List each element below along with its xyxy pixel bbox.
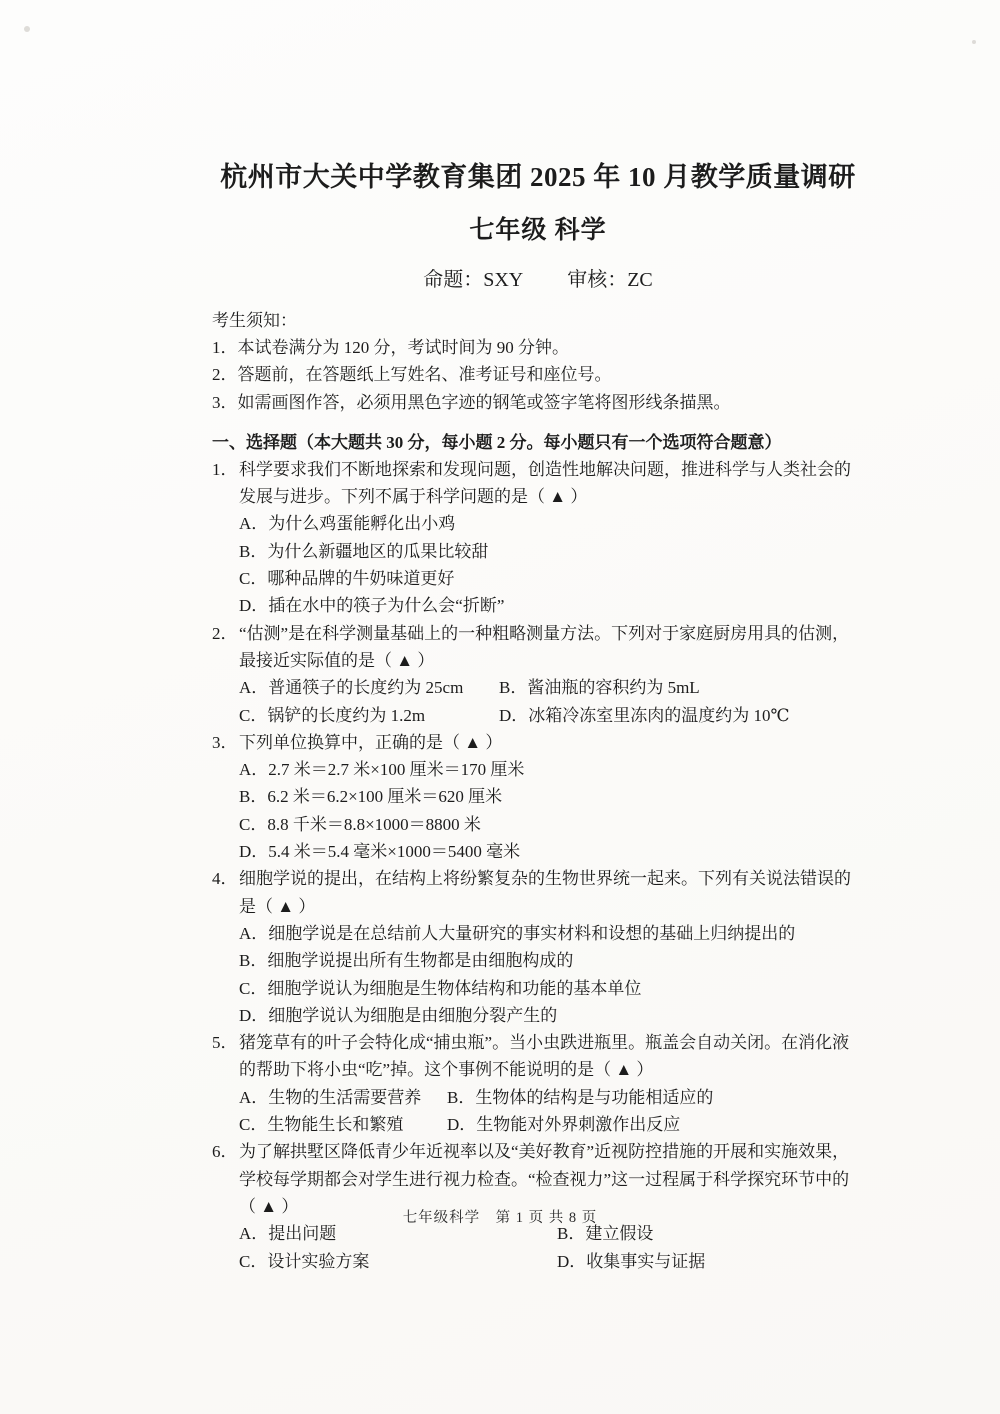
question-body: 下列单位换算中，正确的是（ ▲ ） A．2.7 米＝2.7 米×100 厘米＝1… <box>239 729 864 865</box>
option: C．生物能生长和繁殖 <box>239 1111 447 1138</box>
option: D．冰箱冷冻室里冻肉的温度约为 10℃ <box>499 702 864 729</box>
question-number: 6． <box>212 1138 239 1274</box>
question-body: “估测”是在科学测量基础上的一种粗略测量方法。下列对于家庭厨房用具的估测，最接近… <box>239 620 864 729</box>
page-content: 杭州市大关中学教育集团 2025 年 10 月教学质量调研 七年级 科学 命题：… <box>212 160 864 1275</box>
question-number: 1． <box>212 456 239 620</box>
option: B．为什么新疆地区的瓜果比较甜 <box>239 538 864 565</box>
notice-heading: 考生须知： <box>212 307 864 334</box>
question: 1． 科学要求我们不断地探索和发现问题，创造性地解决问题，推进科学与人类社会的发… <box>212 456 864 620</box>
option: D．细胞学说认为细胞是由细胞分裂产生的 <box>239 1002 864 1029</box>
question: 4． 细胞学说的提出，在结构上将纷繁复杂的生物世界统一起来。下列有关说法错误的是… <box>212 865 864 1029</box>
option: A．为什么鸡蛋能孵化出小鸡 <box>239 510 864 537</box>
question-body: 细胞学说的提出，在结构上将纷繁复杂的生物世界统一起来。下列有关说法错误的是（ ▲… <box>239 865 864 1029</box>
question-options: A．提出问题 B．建立假设 C．设计实验方案 D．收集事实与证据 <box>239 1220 864 1275</box>
question: 5． 猪笼草有的叶子会特化成“捕虫瓶”。当小虫跌进瓶里。瓶盖会自动关闭。在消化液… <box>212 1029 864 1138</box>
question-number: 4． <box>212 865 239 1029</box>
option: A．细胞学说是在总结前人大量研究的事实材料和设想的基础上归纳提出的 <box>239 920 864 947</box>
option: D．生物能对外界刺激作出反应 <box>447 1111 864 1138</box>
option: D．收集事实与证据 <box>557 1248 864 1275</box>
option: D．5.4 米＝5.4 毫米×1000＝5400 毫米 <box>239 838 864 865</box>
notice-item: 2．答题前，在答题纸上写姓名、准考证号和座位号。 <box>212 361 864 388</box>
option: B．酱油瓶的容积约为 5mL <box>499 674 864 701</box>
option: A．生物的生活需要营养 <box>239 1084 447 1111</box>
page-title: 杭州市大关中学教育集团 2025 年 10 月教学质量调研 <box>212 160 864 194</box>
question-body: 科学要求我们不断地探索和发现问题，创造性地解决问题，推进科学与人类社会的发展与进… <box>239 456 864 620</box>
question: 3． 下列单位换算中，正确的是（ ▲ ） A．2.7 米＝2.7 米×100 厘… <box>212 729 864 865</box>
question-options: A．为什么鸡蛋能孵化出小鸡 B．为什么新疆地区的瓜果比较甜 C．哪种品牌的牛奶味… <box>239 510 864 619</box>
question-options: A．细胞学说是在总结前人大量研究的事实材料和设想的基础上归纳提出的 B．细胞学说… <box>239 920 864 1029</box>
question-text: 下列单位换算中，正确的是（ ▲ ） <box>239 729 864 756</box>
reviewer-label: 审核：ZC <box>567 267 653 293</box>
page-subtitle: 七年级 科学 <box>212 216 864 246</box>
exam-meta: 命题：SXY审核：ZC <box>212 267 864 293</box>
question-options: A．普通筷子的长度约为 25cm B．酱油瓶的容积约为 5mL C．锅铲的长度约… <box>239 674 864 729</box>
notice-item: 3．如需画图作答，必须用黑色字迹的钢笔或签字笔将图形线条描黑。 <box>212 389 864 416</box>
option: B．细胞学说提出所有生物都是由细胞构成的 <box>239 947 864 974</box>
question: 6． 为了解拱墅区降低青少年近视率以及“美好教育”近视防控措施的开展和实施效果，… <box>212 1138 864 1274</box>
scan-artifact <box>972 40 976 44</box>
question-number: 2． <box>212 620 239 729</box>
exam-paper-page: 杭州市大关中学教育集团 2025 年 10 月教学质量调研 七年级 科学 命题：… <box>0 0 1000 1414</box>
question-number: 5． <box>212 1029 239 1138</box>
question-text: 猪笼草有的叶子会特化成“捕虫瓶”。当小虫跌进瓶里。瓶盖会自动关闭。在消化液的帮助… <box>239 1029 864 1084</box>
option: B．6.2 米＝6.2×100 厘米＝620 厘米 <box>239 783 864 810</box>
setter-label: 命题：SXY <box>423 267 523 293</box>
question-number: 3． <box>212 729 239 865</box>
question-text: 科学要求我们不断地探索和发现问题，创造性地解决问题，推进科学与人类社会的发展与进… <box>239 456 864 511</box>
section-heading: 一、选择题（本大题共 30 分，每小题 2 分。每小题只有一个选项符合题意） <box>212 429 864 456</box>
page-footer: 七年级科学 第 1 页 共 8 页 <box>0 1208 1000 1228</box>
option: B．生物体的结构是与功能相适应的 <box>447 1084 864 1111</box>
candidate-notice: 考生须知： 1．本试卷满分为 120 分，考试时间为 90 分钟。 2．答题前，… <box>212 307 864 416</box>
question-body: 猪笼草有的叶子会特化成“捕虫瓶”。当小虫跌进瓶里。瓶盖会自动关闭。在消化液的帮助… <box>239 1029 864 1138</box>
question-text: 细胞学说的提出，在结构上将纷繁复杂的生物世界统一起来。下列有关说法错误的是（ ▲… <box>239 865 864 920</box>
question-text: “估测”是在科学测量基础上的一种粗略测量方法。下列对于家庭厨房用具的估测，最接近… <box>239 620 864 675</box>
option: C．哪种品牌的牛奶味道更好 <box>239 565 864 592</box>
option: A．普通筷子的长度约为 25cm <box>239 674 499 701</box>
option: C．细胞学说认为细胞是生物体结构和功能的基本单位 <box>239 975 864 1002</box>
option: A．2.7 米＝2.7 米×100 厘米＝170 厘米 <box>239 756 864 783</box>
option: C．设计实验方案 <box>239 1248 557 1275</box>
question-options: A．生物的生活需要营养 B．生物体的结构是与功能相适应的 C．生物能生长和繁殖 … <box>239 1084 864 1139</box>
scan-artifact <box>24 26 30 32</box>
notice-item: 1．本试卷满分为 120 分，考试时间为 90 分钟。 <box>212 334 864 361</box>
question-body: 为了解拱墅区降低青少年近视率以及“美好教育”近视防控措施的开展和实施效果，学校每… <box>239 1138 864 1274</box>
option: D．插在水中的筷子为什么会“折断” <box>239 592 864 619</box>
option: C．锅铲的长度约为 1.2m <box>239 702 499 729</box>
question-options: A．2.7 米＝2.7 米×100 厘米＝170 厘米 B．6.2 米＝6.2×… <box>239 756 864 865</box>
option: C．8.8 千米＝8.8×1000＝8800 米 <box>239 811 864 838</box>
question: 2． “估测”是在科学测量基础上的一种粗略测量方法。下列对于家庭厨房用具的估测，… <box>212 620 864 729</box>
